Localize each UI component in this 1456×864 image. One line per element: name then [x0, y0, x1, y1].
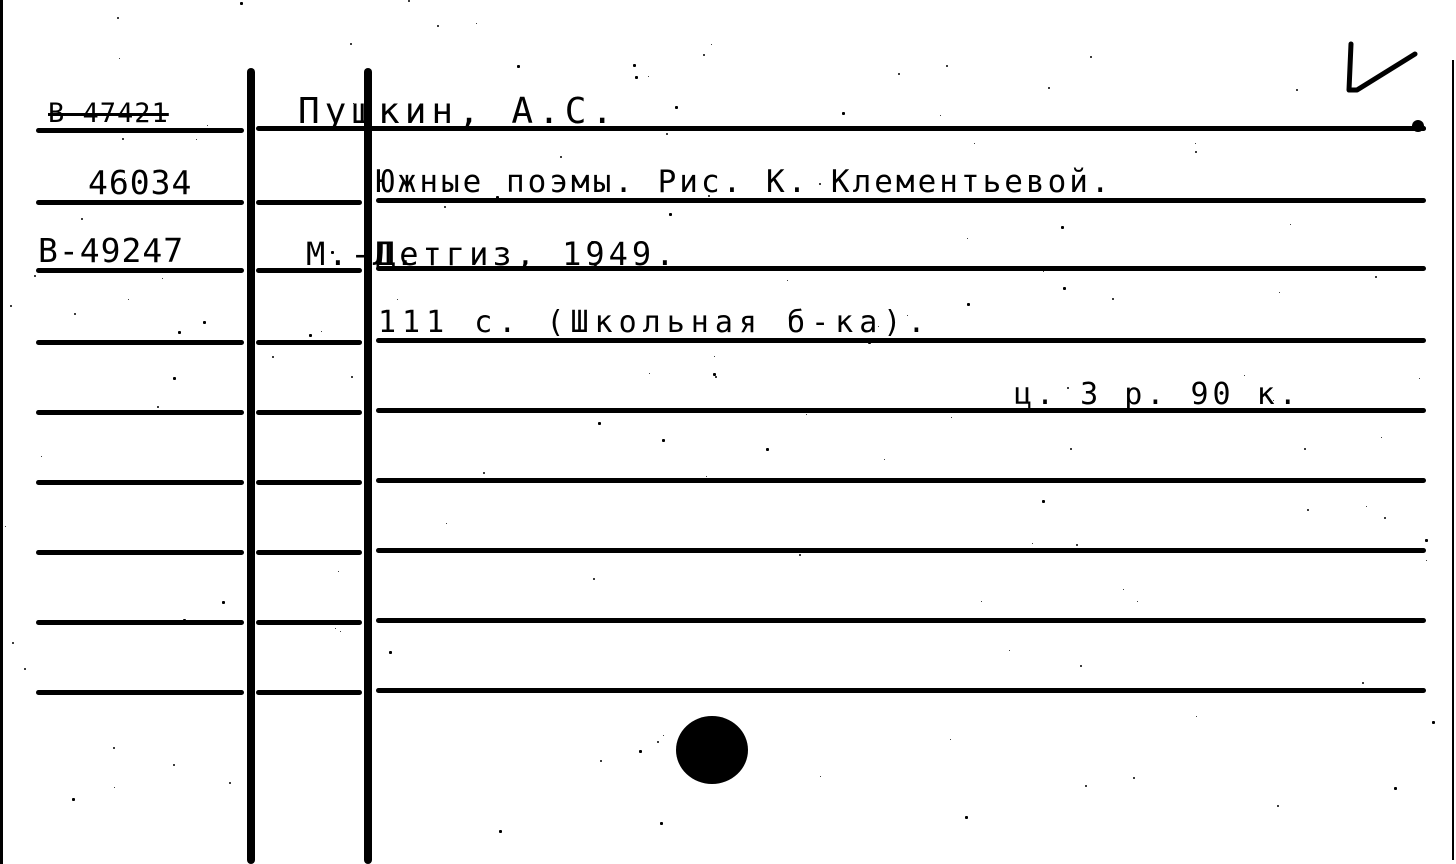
author-heading: Пушкин, А.С.: [298, 94, 618, 130]
ruled-line: [376, 548, 1426, 553]
ruled-line: [36, 690, 244, 695]
punch-hole: [676, 716, 748, 784]
ruled-line: [376, 688, 1426, 693]
ruled-line: [256, 550, 362, 555]
ruled-line: [256, 200, 362, 205]
ruled-line: [256, 690, 362, 695]
ruled-line: [256, 620, 362, 625]
ruled-line: [36, 410, 244, 415]
call-number-struck: В-47421: [48, 100, 169, 127]
ruled-line: [376, 618, 1426, 623]
pagination-series: 111 с. (Школьная б-ка).: [378, 308, 931, 338]
imprint-publisher-year: Детгиз, 1949.: [376, 238, 678, 270]
price: ц. 3 р. 90 к.: [1014, 380, 1301, 410]
call-number-primary: 46034: [88, 166, 192, 199]
card-edge-right: [1452, 60, 1454, 860]
catalog-card: В-47421 46034 В-49247 Пушкин, А.С. Южные…: [0, 0, 1456, 864]
ruled-line: [36, 620, 244, 625]
ruled-line: [36, 550, 244, 555]
column-divider-left: [247, 68, 255, 864]
ruled-line: [256, 480, 362, 485]
ruled-line: [256, 410, 362, 415]
ruled-line: [256, 340, 362, 345]
ruled-line: [36, 480, 244, 485]
ruled-line: [36, 340, 244, 345]
column-divider-right: [364, 68, 372, 864]
line-end-dot: [1412, 120, 1424, 132]
card-edge-left: [0, 0, 3, 864]
ruled-line: [376, 478, 1426, 483]
check-mark-icon: [1345, 40, 1425, 100]
call-number-secondary: В-49247: [38, 234, 184, 267]
title-statement: Южные поэмы. Рис. К. Клементьевой.: [376, 167, 1113, 198]
